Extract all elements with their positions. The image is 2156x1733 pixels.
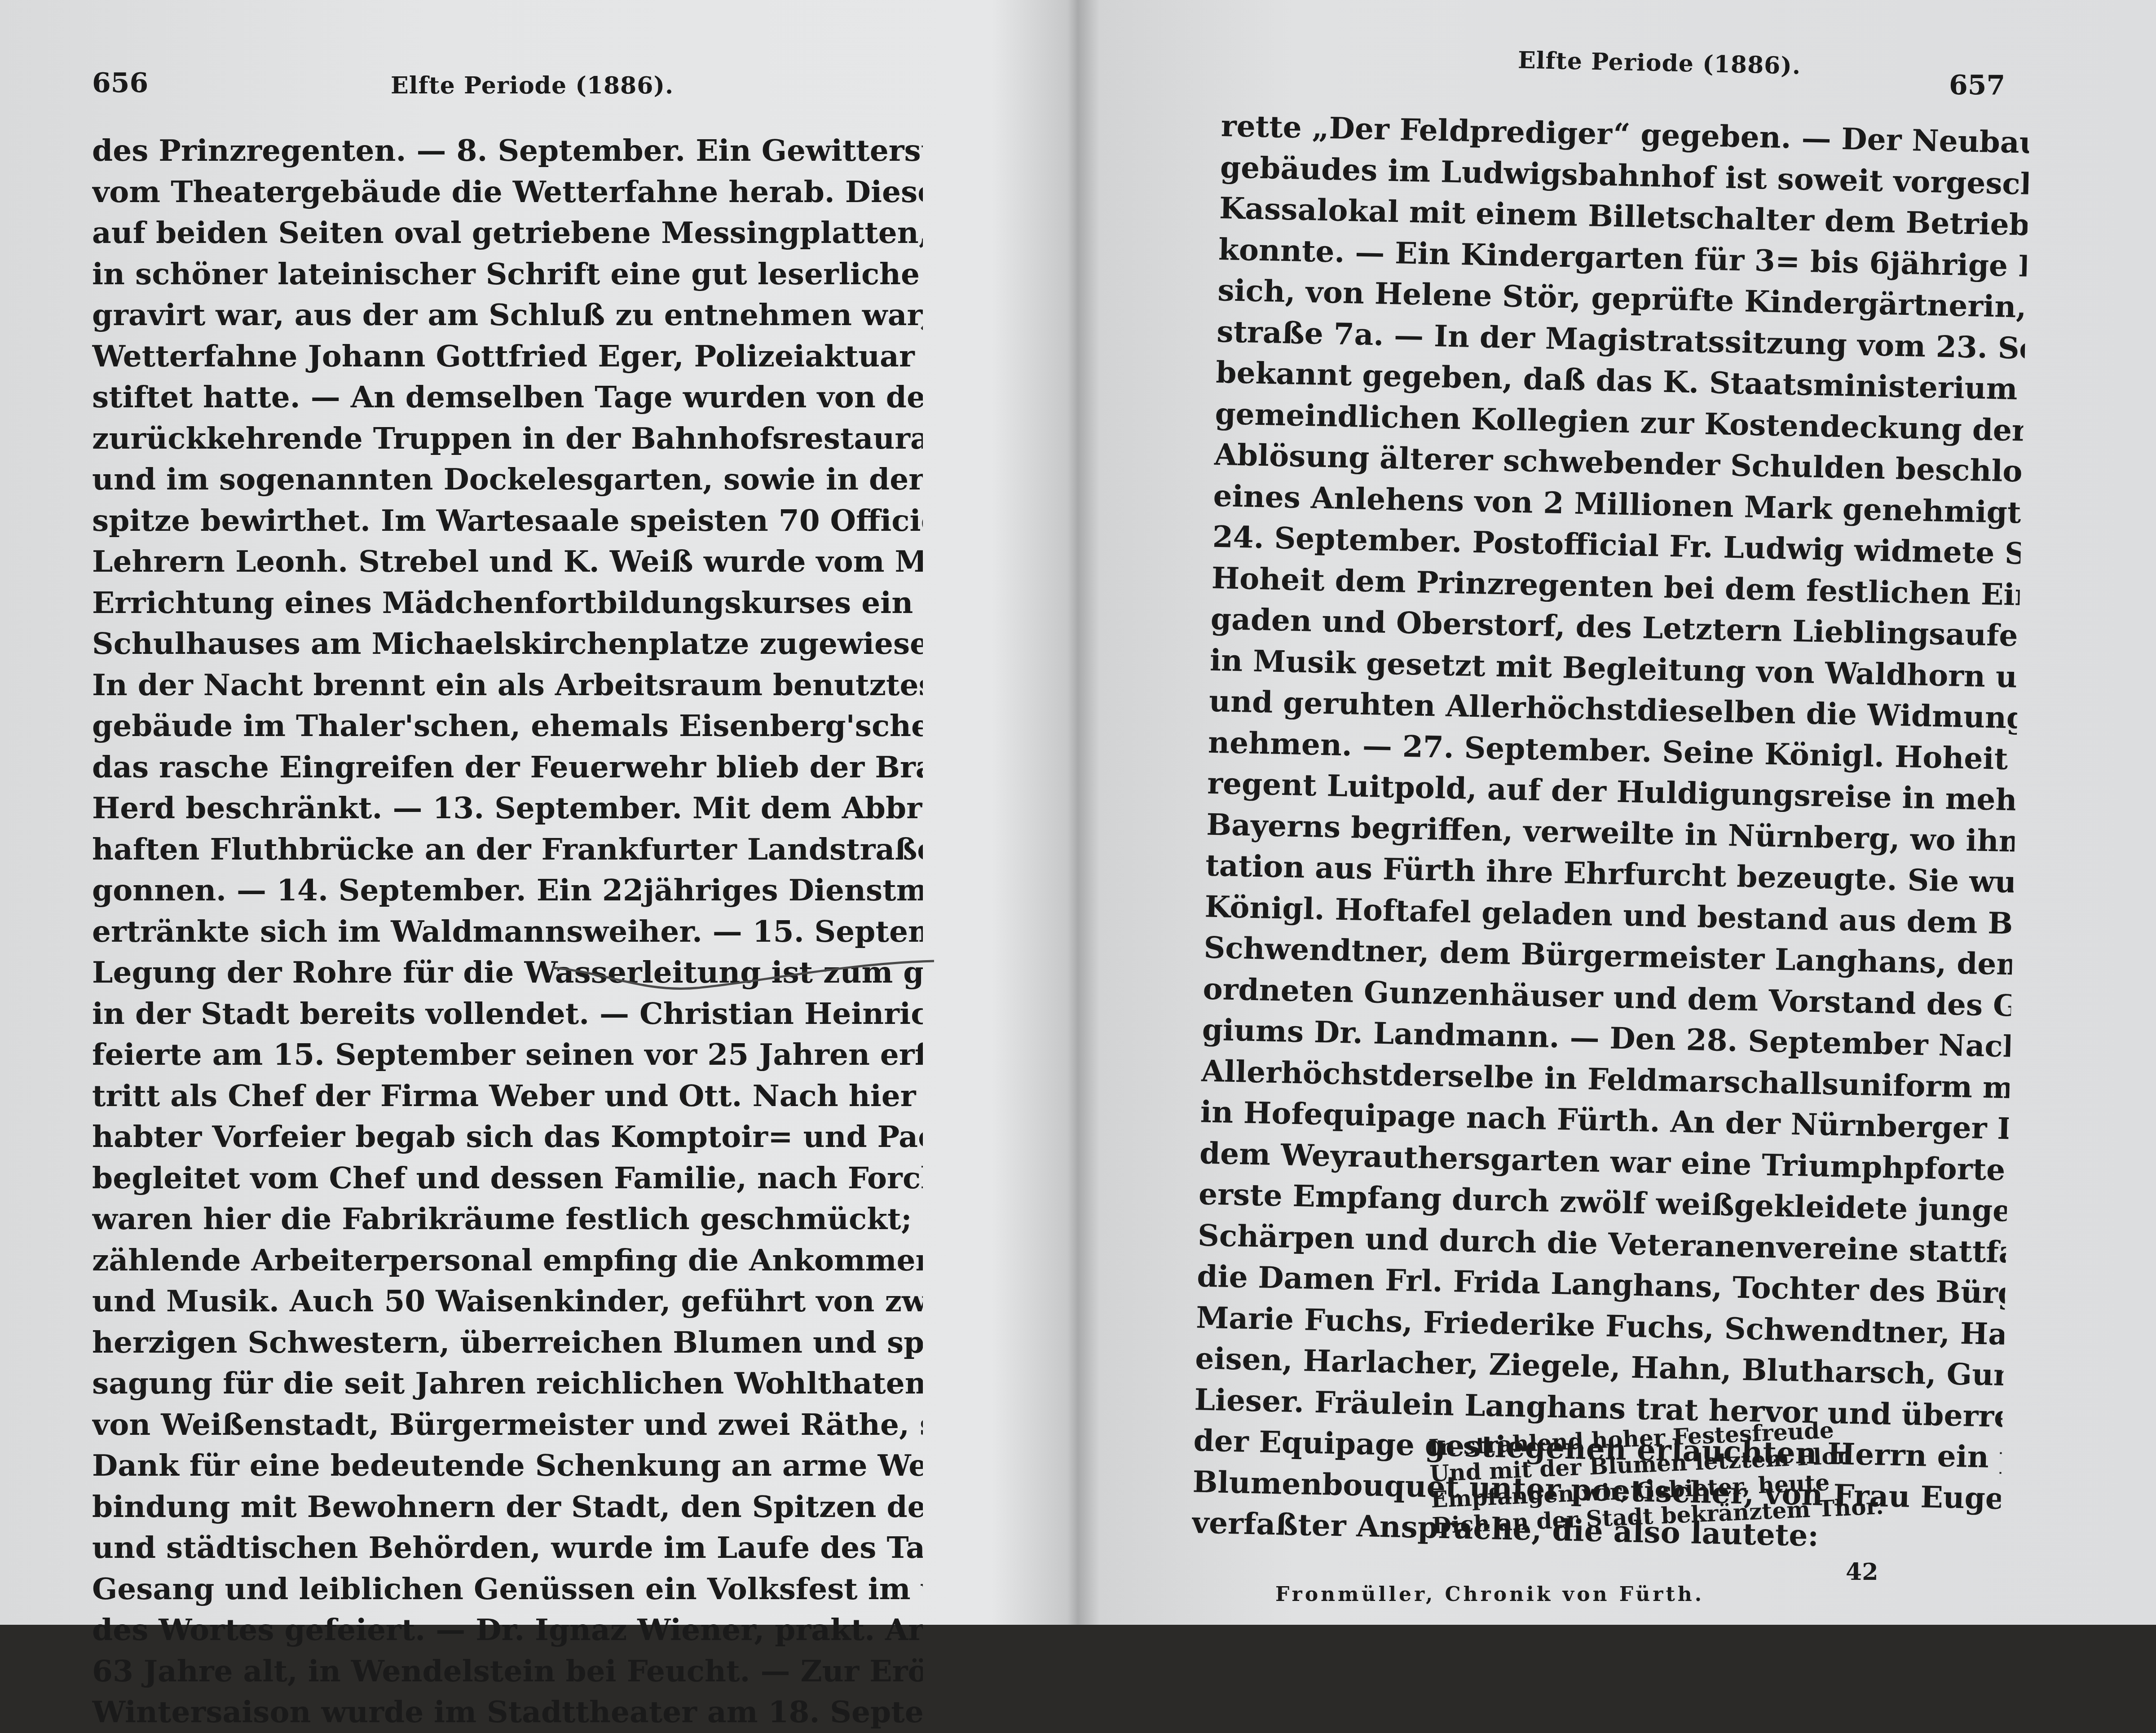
book-spread: 656 Elfte Periode (1886). des Prinzregen…	[0, 0, 2156, 1625]
text-line: zählende Arbeiterpersonal empfing die An…	[92, 1240, 923, 1281]
text-line: vom Theatergebäude die Wetterfahne herab…	[92, 172, 923, 213]
text-line: bindung mit Bewohnern der Stadt, den Spi…	[92, 1486, 923, 1528]
body-text: des Prinzregenten. — 8. September. Ein G…	[92, 130, 923, 1625]
text-line: des Wortes gefeiert. — Dr. Ignaz Wiener,…	[92, 1610, 923, 1625]
text-line: Herd beschränkt. — 13. September. Mit de…	[92, 788, 923, 829]
text-line: auf beiden Seiten oval getriebene Messin…	[92, 212, 923, 254]
text-line: des Prinzregenten. — 8. September. Ein G…	[92, 130, 923, 172]
printer-signature: Fronmüller, Chronik von Fürth.	[1275, 1583, 1704, 1606]
running-head: Elfte Periode (1886).	[391, 72, 674, 99]
text-line: Lehrern Leonh. Strebel und K. Weiß wurde…	[92, 541, 923, 582]
body-text: rette „Der Feldprediger“ gegeben. — Der …	[1191, 106, 2030, 1560]
text-line: Gesang und leiblichen Genüssen ein Volks…	[92, 1569, 923, 1610]
text-line: begleitet vom Chef und dessen Familie, n…	[92, 1158, 923, 1199]
text-line: Schulhauses am Michaelskirchenplatze zug…	[92, 623, 923, 665]
running-head: Elfte Periode (1886).	[1517, 46, 1801, 79]
left-page: 656 Elfte Periode (1886). des Prinzregen…	[0, 0, 1073, 1625]
text-line: gravirt war, aus der am Schluß zu entneh…	[92, 295, 923, 336]
text-line: sagung für die seit Jahren reichlichen W…	[92, 1363, 923, 1404]
text-line: herzigen Schwestern, überreichen Blumen …	[92, 1322, 923, 1363]
page-number: 657	[1949, 70, 2005, 101]
text-line: ertränkte sich im Waldmannsweiher. — 15.…	[92, 911, 923, 952]
text-line: in der Stadt bereits vollendet. — Christ…	[92, 993, 923, 1035]
text-line: in schöner lateinischer Schrift eine gut…	[92, 254, 923, 295]
signature-number: 42	[1846, 1558, 1878, 1586]
page-number: 656	[92, 67, 148, 99]
text-line: gonnen. — 14. September. Ein 22jähriges …	[92, 870, 923, 911]
text-line: das rasche Eingreifen der Feuerwehr blie…	[92, 747, 923, 788]
text-line: waren hier die Fabrikräume festlich gesc…	[92, 1199, 923, 1240]
text-line: und städtischen Behörden, wurde im Laufe…	[92, 1527, 923, 1569]
text-line: haften Fluthbrücke an der Frankfurter La…	[92, 829, 923, 870]
text-line: Errichtung eines Mädchenfortbildungskurs…	[92, 582, 923, 624]
text-line: und im sogenannten Dockelesgarten, sowie…	[92, 459, 923, 500]
text-line: feierte am 15. September seinen vor 25 J…	[92, 1034, 923, 1076]
text-line: tritt als Chef der Firma Weber und Ott. …	[92, 1076, 923, 1117]
text-line: In der Nacht brennt ein als Arbeitsraum …	[92, 665, 923, 706]
text-line: zurückkehrende Truppen in der Bahnhofsre…	[92, 418, 923, 459]
text-line: spitze bewirthet. Im Wartesaale speisten…	[92, 500, 923, 542]
right-page: Elfte Periode (1886). 657 rette „Der Fel…	[1087, 0, 2156, 1625]
text-line: Wetterfahne Johann Gottfried Eger, Poliz…	[92, 336, 923, 377]
poem: In strahlend hoher FestesfreudeUnd mit d…	[1428, 1415, 1884, 1539]
text-line: gebäude im Thaler'schen, ehemals Eisenbe…	[92, 706, 923, 747]
text-line: habter Vorfeier begab sich das Komptoir=…	[92, 1116, 923, 1158]
pencil-underline-mark	[552, 959, 934, 995]
text-line: stiftet hatte. — An demselben Tage wurde…	[92, 377, 923, 418]
text-line: und Musik. Auch 50 Waisenkinder, geführt…	[92, 1281, 923, 1322]
text-line: Dank für eine bedeutende Schenkung an ar…	[92, 1445, 923, 1486]
text-line: von Weißenstadt, Bürgermeister und zwei …	[92, 1404, 923, 1446]
